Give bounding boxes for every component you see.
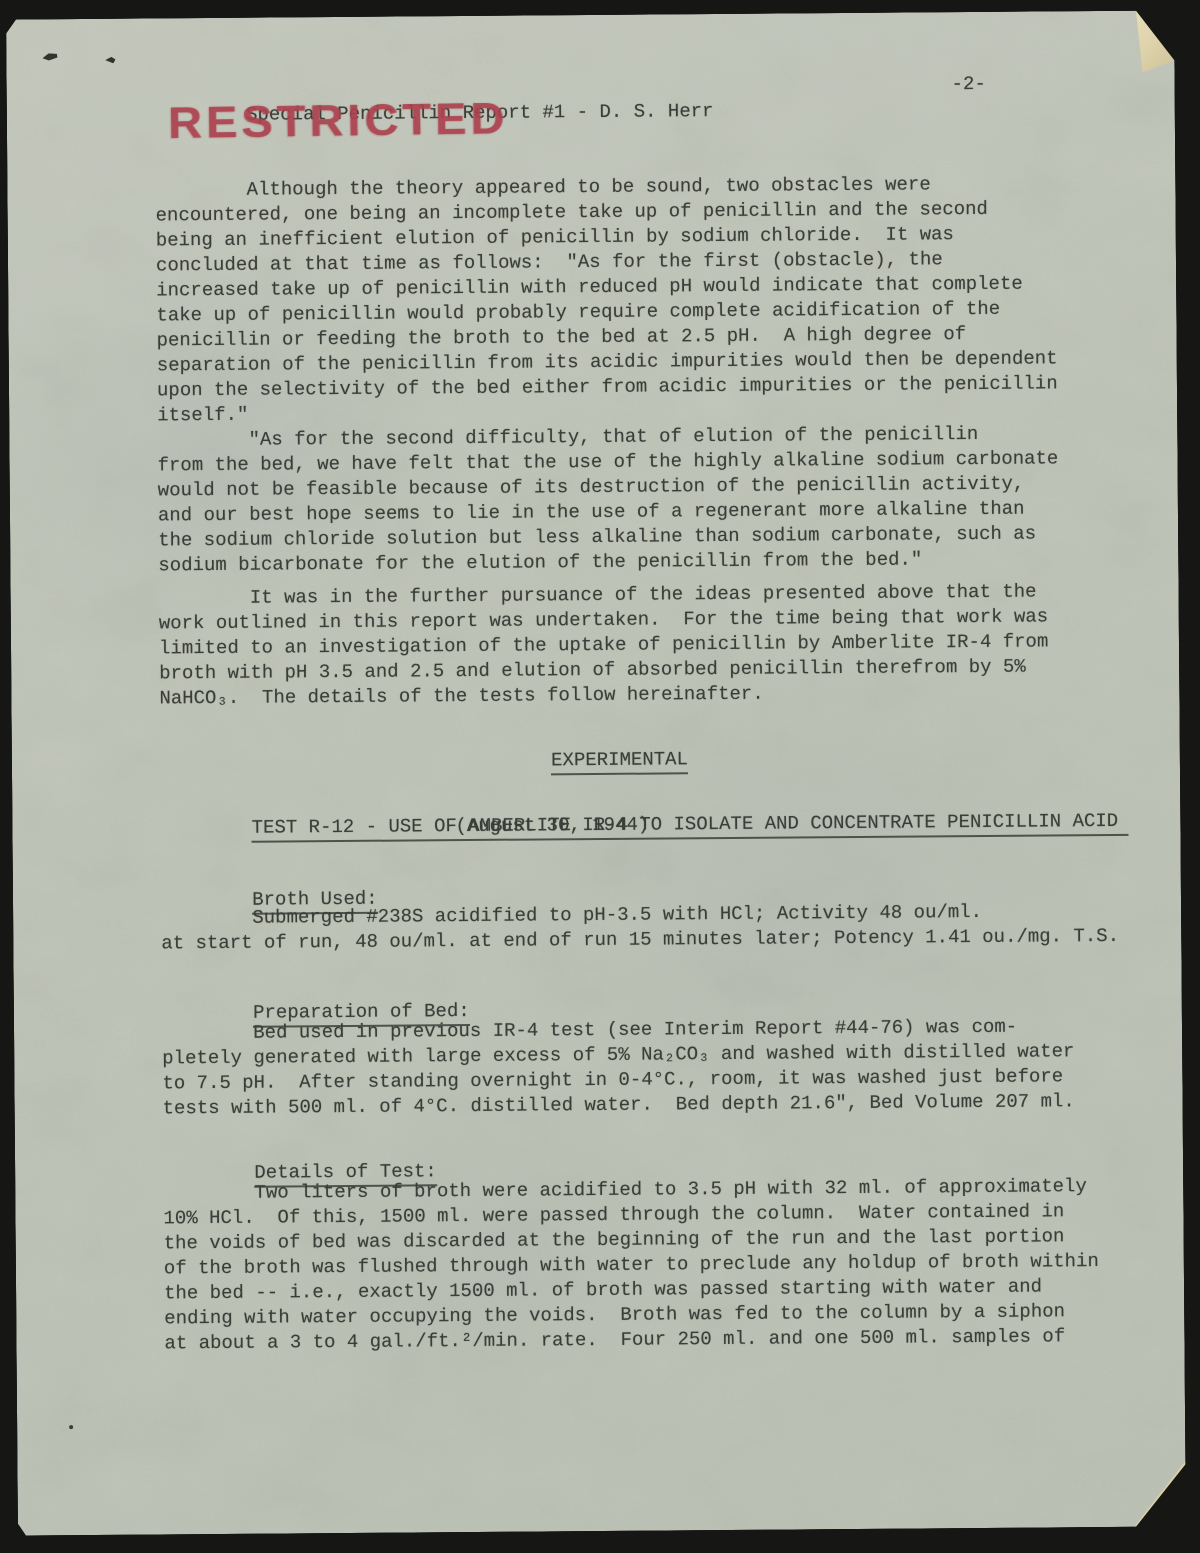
page-number: -2-: [952, 72, 986, 97]
paragraph-3: It was in the further pursuance of the i…: [159, 579, 1049, 711]
ink-speck: [69, 1425, 73, 1429]
experimental-heading: EXPERIMENTAL: [551, 747, 688, 775]
paragraph-2: "As for the second difficulty, that of e…: [157, 421, 1059, 578]
staple-mark: [105, 56, 116, 64]
details-of-test-body: Two liters of broth were acidified to 3.…: [163, 1174, 1099, 1356]
restricted-stamp: RESTRICTED: [168, 95, 509, 144]
photo-backdrop: Special Penicillin Report #1 - D. S. Her…: [0, 0, 1200, 1553]
staple-mark: [42, 52, 58, 61]
document-page: Special Penicillin Report #1 - D. S. Her…: [6, 10, 1186, 1535]
test-heading: TEST R-12 - USE OF AMBERLITE IR-4 TO ISO…: [252, 809, 1129, 843]
typewritten-content: Special Penicillin Report #1 - D. S. Her…: [155, 71, 1176, 1479]
preparation-of-bed-body: Bed used in previous IR-4 test (see Inte…: [162, 1014, 1075, 1121]
test-date: (August 30, 1944): [455, 813, 649, 840]
broth-used-body: Submerged #238S acidified to pH-3.5 with…: [161, 899, 1119, 957]
paragraph-1: Although the theory appeared to be sound…: [155, 171, 1058, 428]
